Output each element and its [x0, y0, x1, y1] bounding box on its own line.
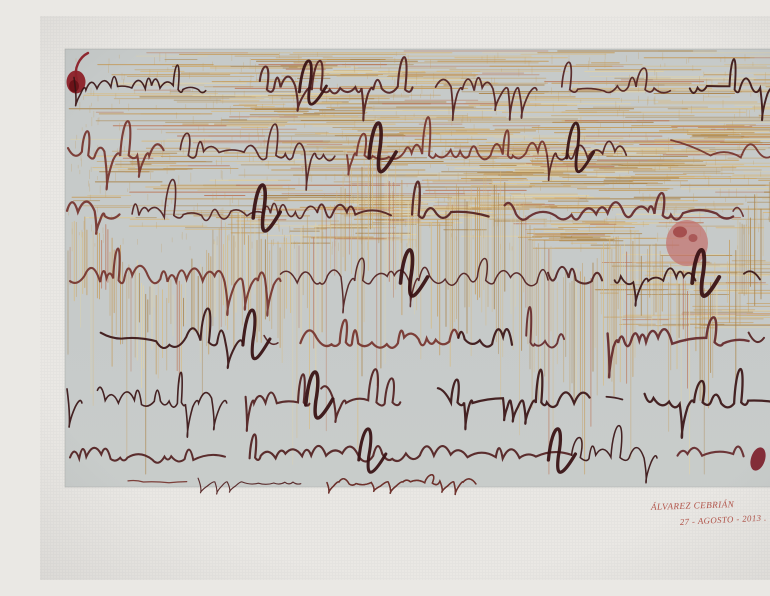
- photo-vignette: [40, 16, 770, 580]
- artwork-photo: ÁLVAREZ CEBRIÁN 27 - AGOSTO - 2013 .: [40, 16, 770, 580]
- artwork-canvas: ÁLVAREZ CEBRIÁN 27 - AGOSTO - 2013 .: [40, 16, 770, 580]
